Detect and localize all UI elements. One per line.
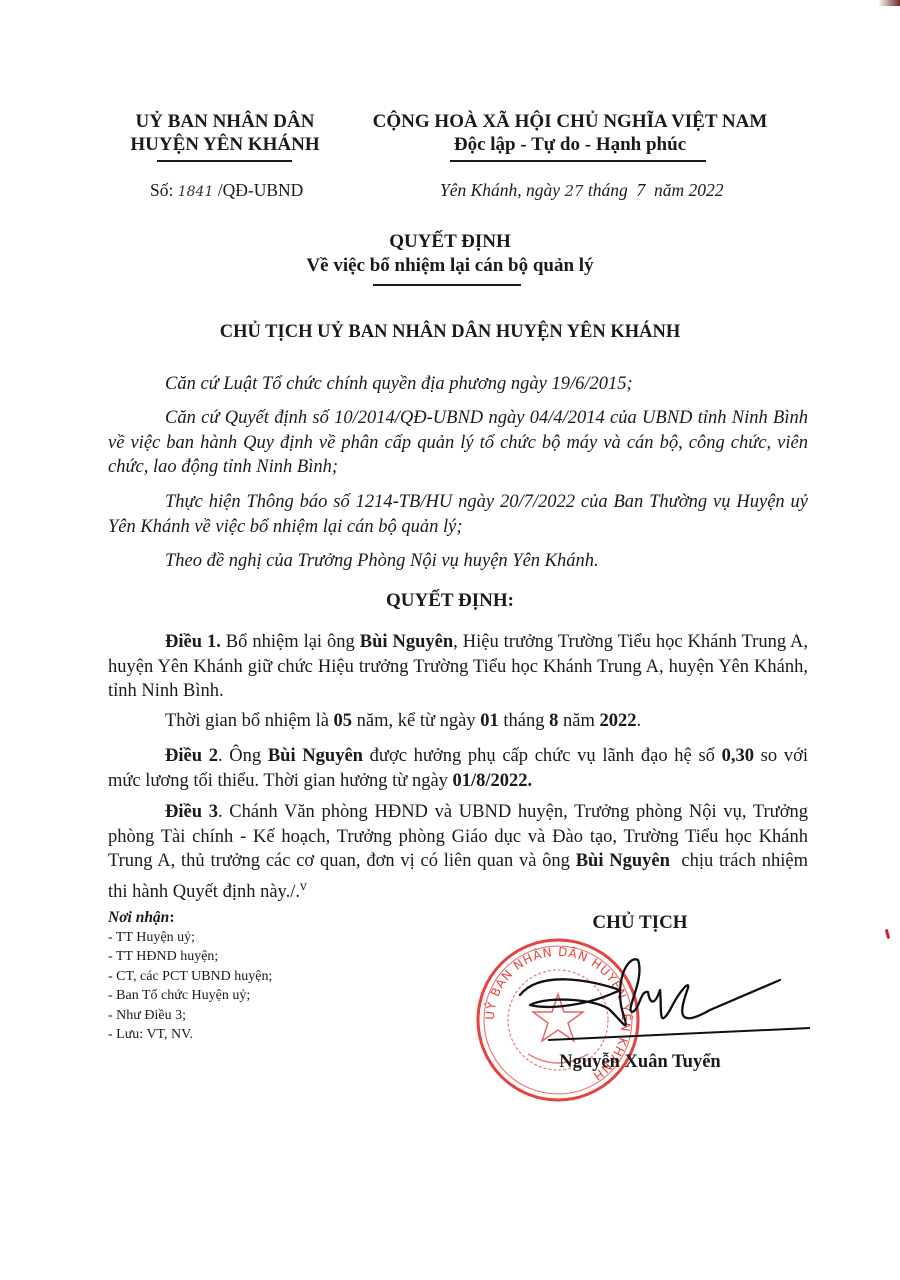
article-3-name: Bùi Nguyên: [576, 851, 670, 871]
article-1-text-a: Bổ nhiệm lại ông: [221, 632, 360, 652]
agency-line-2: HUYỆN YÊN KHÁNH: [105, 133, 345, 156]
recipient-item: - Ban Tổ chức Huyện uỷ;: [108, 986, 272, 1006]
article-2: Điều 2. Ông Bùi Nguyên được hưởng phụ cấ…: [108, 744, 808, 793]
signatory-name: Nguyễn Xuân Tuyển: [520, 1052, 760, 1073]
agency-line-1: UỶ BAN NHÂN DÂN: [105, 110, 345, 133]
national-motto: Độc lập - Tự do - Hạnh phúc: [355, 133, 785, 156]
term-text-b: năm, kể từ ngày: [352, 711, 480, 731]
initial-mark: v: [300, 879, 307, 893]
term-year: 2022: [599, 711, 636, 731]
article-3: Điều 3. Chánh Văn phòng HĐND và UBND huy…: [108, 800, 808, 904]
document-date: Yên Khánh, ngày 27 tháng 7 năm 2022: [440, 180, 724, 201]
article-2-text-a: . Ông: [218, 746, 268, 766]
article-1: Điều 1. Bổ nhiệm lại ông Bùi Nguyên, Hiệ…: [108, 630, 808, 704]
recipient-item: - CT, các PCT UBND huyện;: [108, 967, 272, 987]
article-2-text-b: được hưởng phụ cấp chức vụ lãnh đạo hệ s…: [363, 746, 722, 766]
term-years: 05: [334, 711, 353, 731]
preamble-2: Căn cứ Quyết định số 10/2014/QĐ-UBND ngà…: [108, 406, 808, 480]
article-2-label: Điều 2: [165, 746, 218, 766]
recipient-item: - TT HĐND huyện;: [108, 947, 272, 967]
title-subject: Về việc bổ nhiệm lại cán bộ quản lý: [150, 254, 750, 278]
document-number: Số: 1841 /QĐ-UBND: [150, 180, 303, 201]
national-title: CỘNG HOÀ XÃ HỘI CHỦ NGHĨA VIỆT NAM Độc l…: [355, 110, 785, 156]
preamble-3: Thực hiện Thông báo số 1214-TB/HU ngày 2…: [108, 490, 808, 539]
agency-underline: [157, 160, 292, 162]
recipient-item: - Lưu: VT, NV.: [108, 1025, 272, 1045]
number-suffix: /QĐ-UBND: [213, 180, 303, 200]
term-day: 01: [480, 711, 499, 731]
decision-heading: QUYẾT ĐỊNH:: [100, 590, 800, 612]
recipients-list: Nơi nhận: - TT Huyện uỷ; - TT HĐND huyện…: [108, 908, 272, 1045]
preamble-1: Căn cứ Luật Tổ chức chính quyền địa phươ…: [108, 372, 808, 397]
handwritten-number: 1841: [178, 184, 214, 200]
issuing-authority: CHỦ TỊCH UỶ BAN NHÂN DÂN HUYỆN YÊN KHÁNH: [100, 322, 800, 343]
article-3-label: Điều 3: [165, 802, 218, 822]
term-text-a: Thời gian bổ nhiệm là: [165, 711, 334, 731]
article-2-name: Bùi Nguyên: [268, 746, 363, 766]
preamble-4: Theo đề nghị của Trưởng Phòng Nội vụ huy…: [108, 549, 808, 574]
title-main: QUYẾT ĐỊNH: [150, 230, 750, 254]
recipients-label: Nơi nhận:: [108, 908, 272, 928]
handwritten-day: 27: [564, 182, 583, 200]
recipient-item: - Như Điều 3;: [108, 1006, 272, 1026]
term-month: 8: [549, 711, 558, 731]
term-text-d: năm: [558, 711, 599, 731]
scan-edge-artifact: [878, 0, 900, 6]
recipients-label-text: Nơi nhận: [108, 909, 169, 926]
ink-mark: [885, 929, 890, 939]
recipients-colon: :: [169, 909, 174, 926]
term-text-c: tháng: [499, 711, 549, 731]
handwritten-signature-icon: [510, 950, 810, 1050]
motto-underline: [450, 160, 706, 162]
signatory-title: CHỦ TỊCH: [540, 912, 740, 934]
title-underline: [373, 284, 521, 286]
date-prefix: Yên Khánh, ngày: [440, 180, 564, 200]
document-title: QUYẾT ĐỊNH Về việc bổ nhiệm lại cán bộ q…: [150, 230, 750, 278]
date-suffix: tháng 7 năm 2022: [584, 180, 724, 200]
appointee-name: Bùi Nguyên: [360, 632, 453, 652]
allowance-start-date: 01/8/2022.: [453, 771, 533, 791]
recipient-item: - TT Huyện uỷ;: [108, 928, 272, 948]
allowance-coefficient: 0,30: [722, 746, 754, 766]
number-label: Số:: [150, 180, 178, 200]
article-1-label: Điều 1.: [165, 632, 221, 652]
appointment-term: Thời gian bổ nhiệm là 05 năm, kể từ ngày…: [108, 709, 808, 734]
term-text-e: .: [636, 711, 641, 731]
issuing-agency: UỶ BAN NHÂN DÂN HUYỆN YÊN KHÁNH: [105, 110, 345, 156]
nation-line-1: CỘNG HOÀ XÃ HỘI CHỦ NGHĨA VIỆT NAM: [355, 110, 785, 133]
